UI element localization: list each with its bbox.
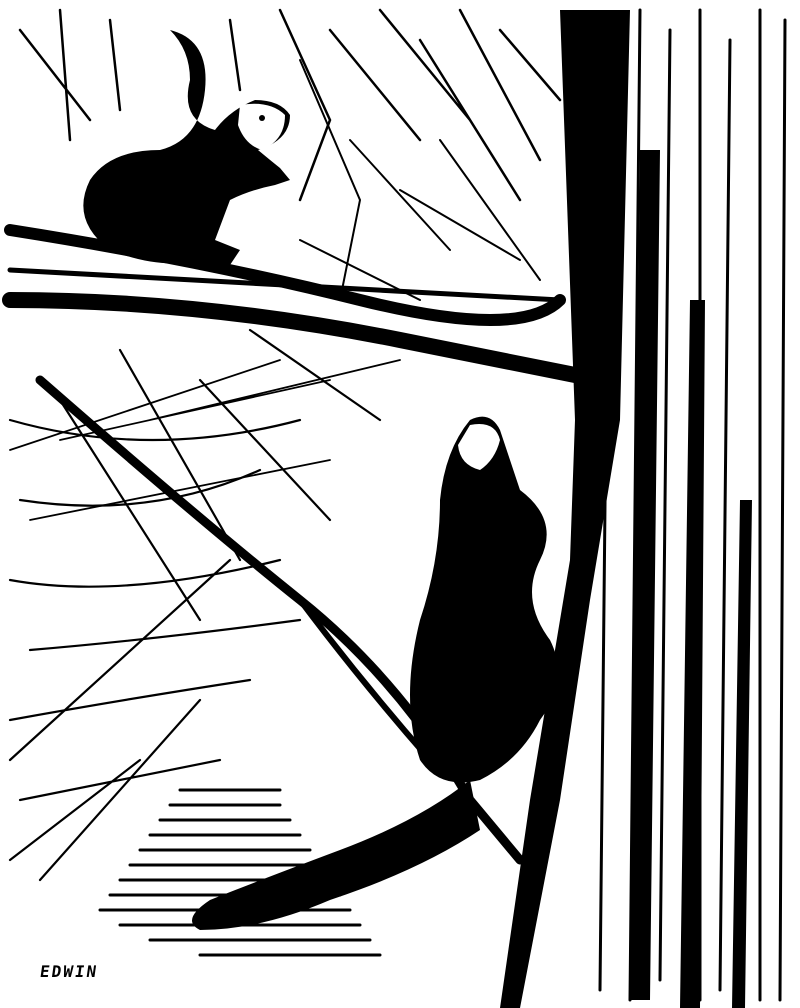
ink-drawing [0, 0, 800, 1008]
illustration: EDWIN [0, 0, 800, 1008]
artist-signature: EDWIN [39, 962, 100, 981]
